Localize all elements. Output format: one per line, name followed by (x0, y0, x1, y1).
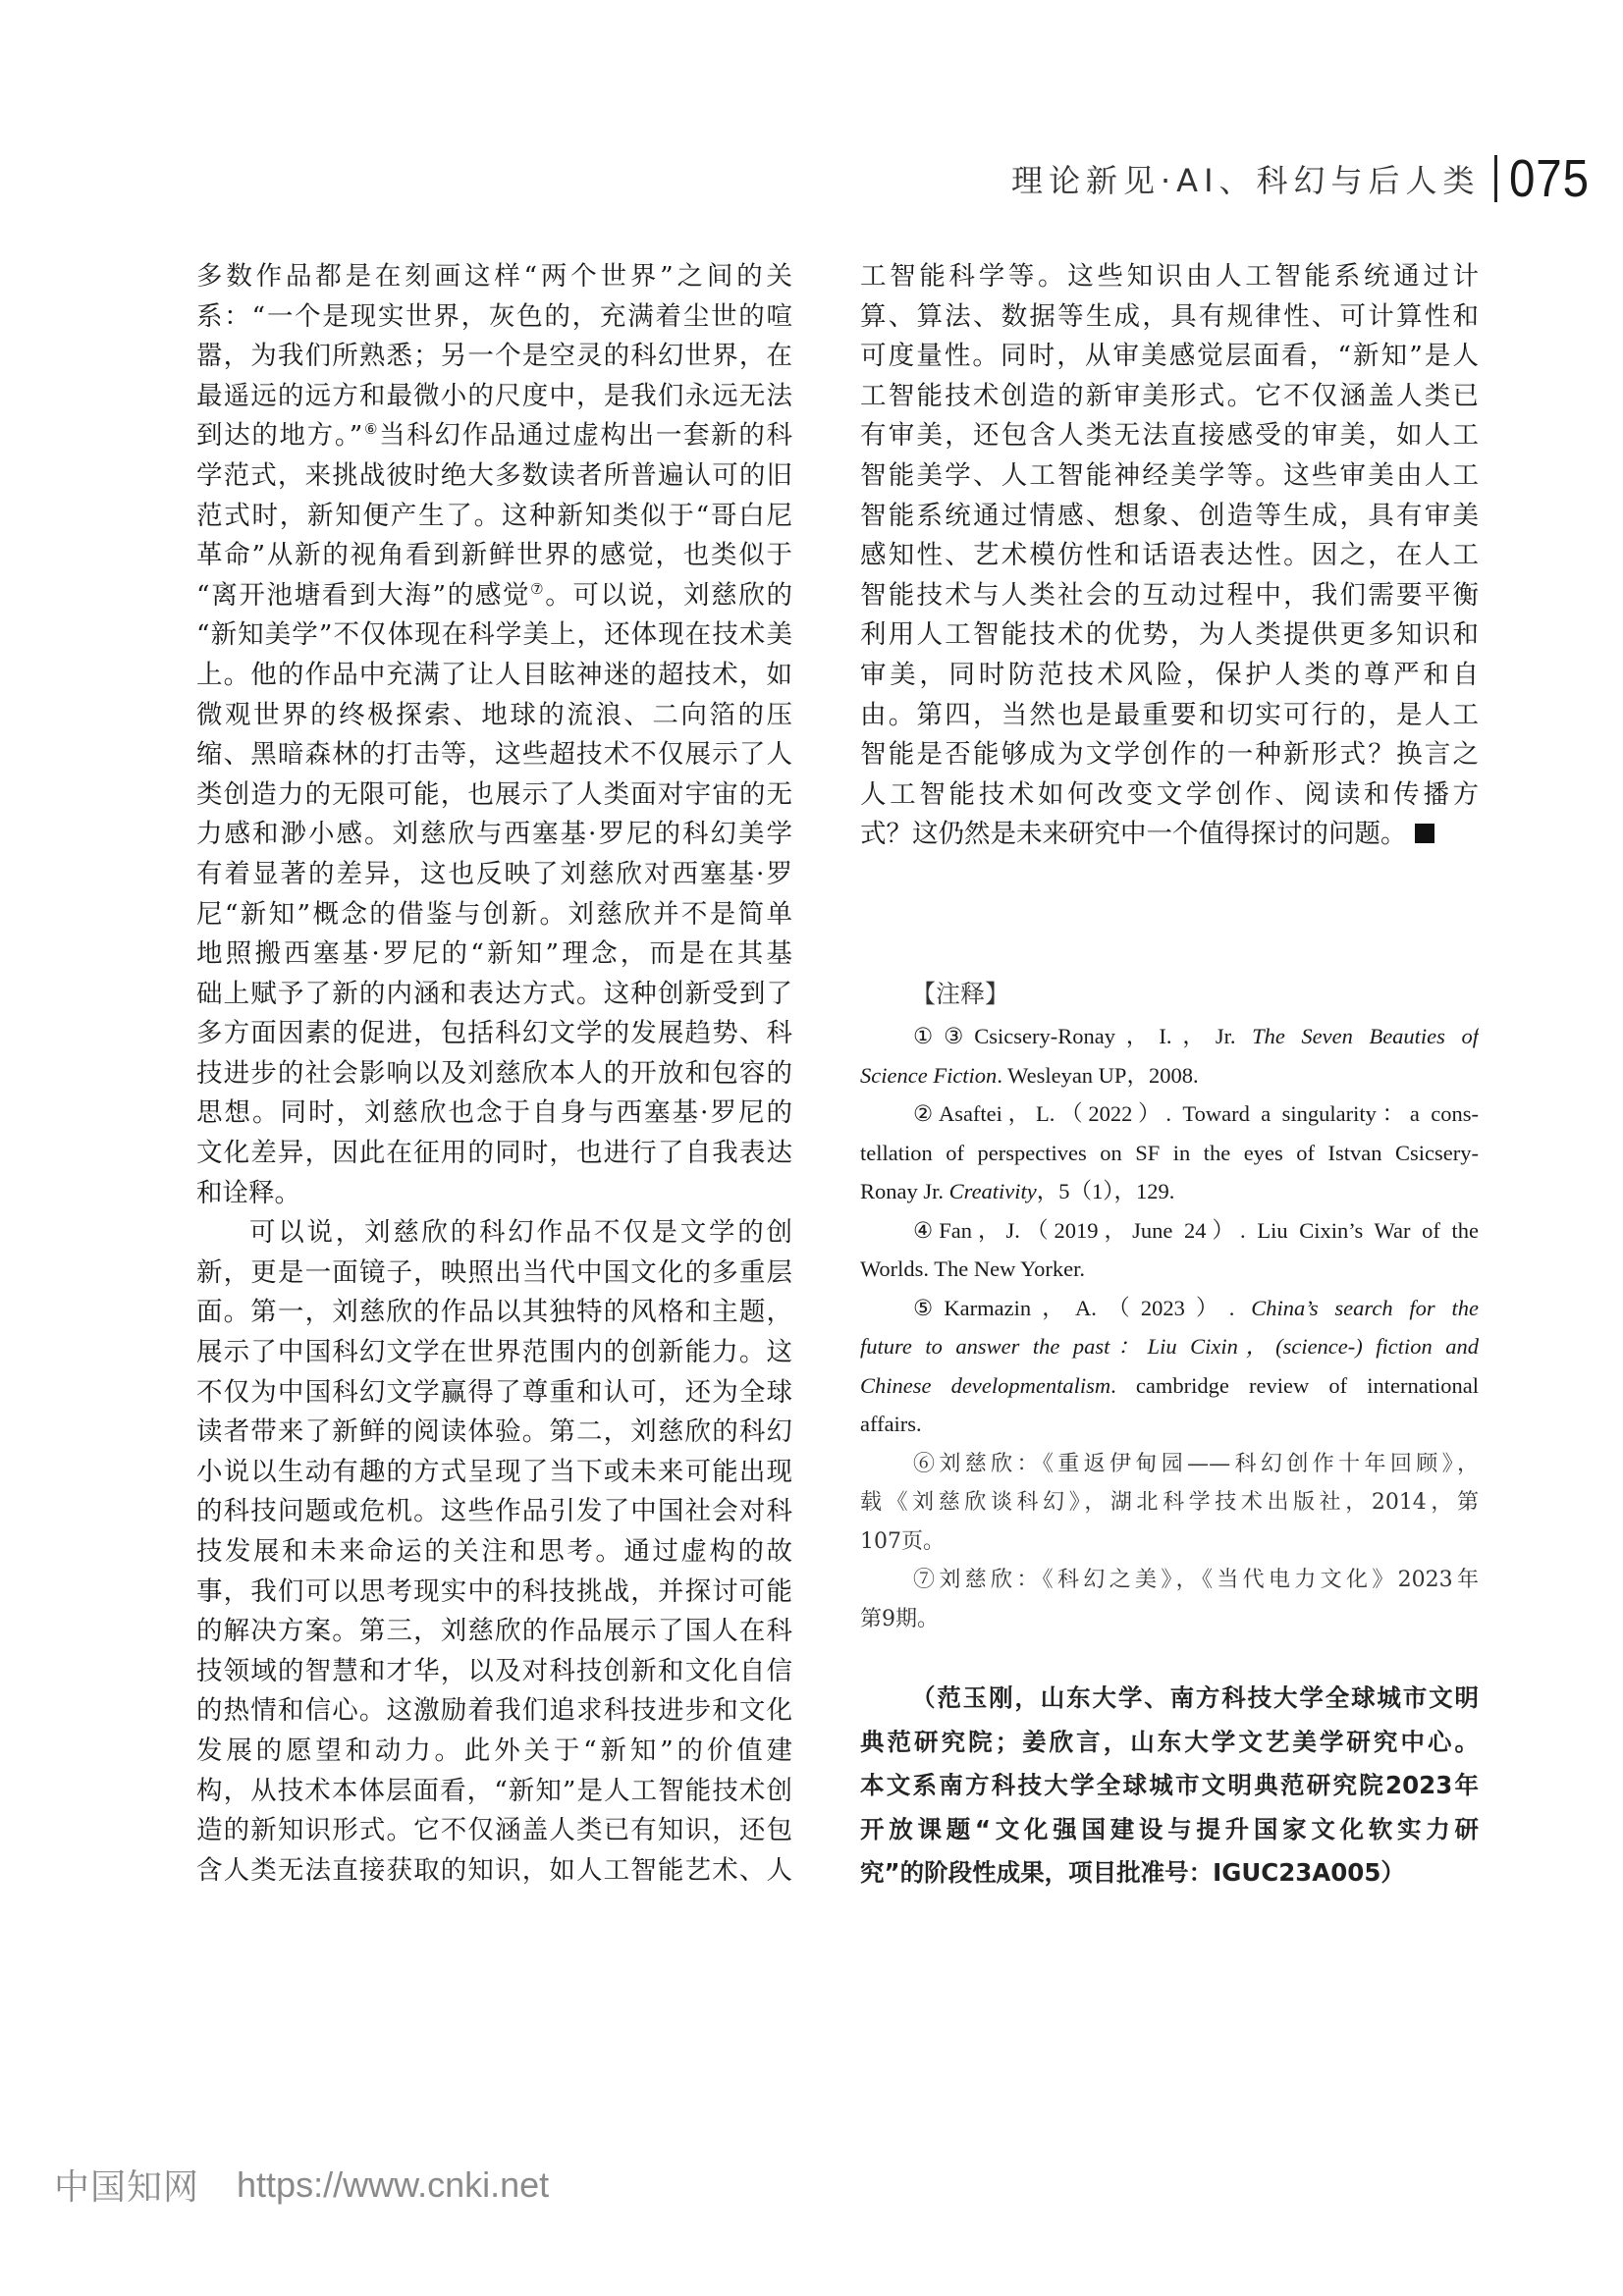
line-text: 感知性、艺术模仿性和话语表达性。因之，在人工 (860, 540, 1479, 570)
text-line: 人工智能技术如何改变文学创作、阅读和传播方 (860, 775, 1479, 816)
text-line: 智能美学、人工智能神经美学等。这些审美由人工 (860, 456, 1479, 497)
text-line: “离开池塘看到大海”的感觉⑦。可以说，刘慈欣的 (196, 576, 792, 616)
text-line: 工智能科学等。这些知识由人工智能系统通过计 (860, 257, 1479, 297)
citation-text: . cambridge review of international (1110, 1373, 1479, 1398)
text-line: 智能是否能够成为文学创作的一种新形式？换言之 (860, 735, 1479, 775)
body-column-right: 工智能科学等。这些知识由人工智能系统通过计算、算法、数据等生成，具有规律性、可计… (860, 257, 1479, 855)
line-text: 含人类无法直接获取的知识，如人工智能艺术、人 (196, 1855, 792, 1886)
line-text: 的解决方案。第三，刘慈欣的作品展示了国人在科 (196, 1616, 792, 1646)
text-line: 本文系南方科技大学全球城市文明典范研究院2023年 (860, 1764, 1479, 1808)
line-text: 究”的阶段性成果，项目批准号：IGUC23A005） (860, 1858, 1405, 1887)
citation-title: Science Fiction (860, 1063, 997, 1088)
text-line: 可以说，刘慈欣的科幻作品不仅是文学的创 (196, 1213, 792, 1254)
text-line: 造的新知识形式。它不仅涵盖人类已有知识，还包 (196, 1811, 792, 1851)
line-text: 可度量性。同时，从审美感觉层面看，“新知”是人 (860, 341, 1479, 371)
text-line: 事，我们可以思考现实中的科技挑战，并探讨可能 (196, 1573, 792, 1613)
section-title: 理论新见·AI、科幻与后人类 (1011, 156, 1481, 201)
text-line: 系：“一个是现实世界，灰色的，充满着尘世的喧 (196, 297, 792, 338)
line-text: 最遥远的远方和最微小的尺度中，是我们永远无法 (196, 381, 792, 411)
text-line: 嚣，为我们所熟悉；另一个是空灵的科幻世界，在 (196, 337, 792, 377)
citation-text: tellation of perspectives on SF in the e… (860, 1141, 1479, 1165)
line-text: 当科幻作品通过虚构出一套新的科 (379, 420, 792, 451)
text-line: 开放课题“文化强国建设与提升国家文化软实力研 (860, 1808, 1479, 1852)
line-text: 力感和渺小感。刘慈欣与西塞基·罗尼的科幻美学 (196, 819, 792, 849)
line-text: “离开池塘看到大海”的感觉 (196, 580, 530, 611)
text-line: 究”的阶段性成果，项目批准号：IGUC23A005） (860, 1851, 1479, 1896)
line-text: （范玉刚，山东大学、南方科技大学全球城市文明 (911, 1683, 1479, 1712)
line-text: 本文系南方科技大学全球城市文明典范研究院2023年 (860, 1771, 1479, 1799)
endnote-line: 107页。 (860, 1522, 1479, 1561)
endnote-line: future to answer the past：Liu Cixin，(sci… (860, 1327, 1479, 1366)
text-line: 典范研究院；姜欣言，山东大学文艺美学研究中心。 (860, 1721, 1479, 1765)
text-line: 和诠释。 (196, 1174, 792, 1214)
text-line: 革命”从新的视角看到新鲜世界的感觉，也类似于 (196, 536, 792, 576)
text-line: 微观世界的终极探索、地球的流浪、二向箔的压 (196, 696, 792, 736)
text-line: 技进步的社会影响以及刘慈欣本人的开放和包容的 (196, 1054, 792, 1095)
citation-text: . Wesleyan UP，2008. (997, 1063, 1198, 1088)
citation-title: China’s search for the (1251, 1296, 1479, 1320)
citation-text: 载《刘慈欣谈科幻》，湖北科学技术出版社，2014，第 (860, 1490, 1479, 1515)
line-text: 读者带来了新鲜的阅读体验。第二，刘慈欣的科幻 (196, 1416, 792, 1447)
text-line: 的热情和信心。这激励着我们追求科技进步和文化 (196, 1691, 792, 1732)
endnote-line: ⑤Karmazin，A.（2023）. China’s search for t… (860, 1289, 1479, 1328)
citation-text: ，5（1），129. (1037, 1179, 1175, 1203)
line-text: 嚣，为我们所熟悉；另一个是空灵的科幻世界，在 (196, 341, 792, 371)
text-line: 技领域的智慧和才华，以及对科技创新和文化自信 (196, 1652, 792, 1692)
citation-title: The Seven Beauties of (1252, 1024, 1479, 1048)
endnote-line: 载《刘慈欣谈科幻》，湖北科学技术出版社，2014，第 (860, 1482, 1479, 1522)
endnote-line: ⑥刘慈欣：《重返伊甸园——科幻创作十年回顾》， (860, 1444, 1479, 1483)
line-text: 和诠释。 (196, 1178, 300, 1208)
line-text: 类创造力的无限可能，也展示了人类面对宇宙的无 (196, 779, 792, 810)
endnote-line: tellation of perspectives on SF in the e… (860, 1134, 1479, 1173)
line-text: 开放课题“文化强国建设与提升国家文化软实力研 (860, 1815, 1479, 1843)
text-line: 展示了中国科幻文学在世界范围内的创新能力。这 (196, 1333, 792, 1373)
text-line: 算、算法、数据等生成，具有规律性、可计算性和 (860, 297, 1479, 338)
line-text: 发展的愿望和动力。此外关于“新知”的价值建 (196, 1735, 792, 1766)
line-text: 技进步的社会影响以及刘慈欣本人的开放和包容的 (196, 1058, 792, 1089)
line-text: 到达的地方。” (196, 420, 362, 451)
text-line: 文化差异，因此在征用的同时，也进行了自我表达 (196, 1134, 792, 1174)
citation-text: ④Fan，J.（2019，June 24）. Liu Cixin’s War o… (913, 1218, 1479, 1243)
line-text: 学范式，来挑战彼时绝大多数读者所普遍认可的旧 (196, 460, 792, 491)
footnote-marker[interactable]: ⑦ (530, 580, 545, 598)
line-text: 智能系统通过情感、想象、创造等生成，具有审美 (860, 501, 1479, 531)
line-text: 技发展和未来命运的关注和思考。通过虚构的故 (196, 1536, 792, 1567)
text-line: 构，从技术本体层面看，“新知”是人工智能技术创 (196, 1772, 792, 1812)
end-of-article-square-icon (1415, 824, 1434, 843)
cnki-watermark: 中国知网 https://www.cnki.net (54, 2160, 549, 2210)
line-text: 造的新知识形式。它不仅涵盖人类已有知识，还包 (196, 1815, 792, 1845)
line-text: 不仅为中国科幻文学赢得了尊重和认可，还为全球 (196, 1377, 792, 1408)
line-text: 有审美，还包含人类无法直接感受的审美，如人工 (860, 420, 1479, 451)
endnote-line: ⑦刘慈欣：《科幻之美》，《当代电力文化》2023年 (860, 1560, 1479, 1599)
text-line: 有着显著的差异，这也反映了刘慈欣对西塞基·罗 (196, 855, 792, 895)
line-text: 智能是否能够成为文学创作的一种新形式？换言之 (860, 739, 1479, 770)
text-line: 面。第一，刘慈欣的作品以其独特的风格和主题， (196, 1293, 792, 1333)
text-line: 有审美，还包含人类无法直接感受的审美，如人工 (860, 416, 1479, 456)
endnote-line: Chinese developmentalism. cambridge revi… (860, 1366, 1479, 1406)
text-line: 础上赋予了新的内涵和表达方式。这种创新受到了 (196, 975, 792, 1015)
line-text: 利用人工智能技术的优势，为人类提供更多知识和 (860, 619, 1479, 650)
endnote-line: ④Fan，J.（2019，June 24）. Liu Cixin’s War o… (860, 1211, 1479, 1251)
line-text: 的科技问题或危机。这些作品引发了中国社会对科 (196, 1496, 792, 1526)
text-line: 多方面因素的促进，包括科幻文学的发展趋势、科 (196, 1014, 792, 1054)
endnote-line: ①③Csicsery-Ronay，I.，Jr. The Seven Beauti… (860, 1017, 1479, 1056)
text-line: 技发展和未来命运的关注和思考。通过虚构的故 (196, 1532, 792, 1573)
line-text: 文化差异，因此在征用的同时，也进行了自我表达 (196, 1138, 792, 1168)
text-line: 新，更是一面镜子，映照出当代中国文化的多重层 (196, 1254, 792, 1294)
watermark-url[interactable]: https://www.cnki.net (237, 2164, 549, 2206)
text-line: 不仅为中国科幻文学赢得了尊重和认可，还为全球 (196, 1373, 792, 1414)
text-line: 的科技问题或危机。这些作品引发了中国社会对科 (196, 1492, 792, 1532)
line-text: 有着显著的差异，这也反映了刘慈欣对西塞基·罗 (196, 859, 792, 889)
line-text: 多数作品都是在刻画这样“两个世界”之间的关 (196, 261, 792, 292)
line-text: 智能美学、人工智能神经美学等。这些审美由人工 (860, 460, 1479, 491)
line-text: 革命”从新的视角看到新鲜世界的感觉，也类似于 (196, 540, 792, 570)
text-line: 力感和渺小感。刘慈欣与西塞基·罗尼的科幻美学 (196, 815, 792, 855)
text-line: 由。第四，当然也是最重要和切实可行的，是人工 (860, 696, 1479, 736)
line-text: 系：“一个是现实世界，灰色的，充满着尘世的喧 (196, 301, 792, 332)
text-line: 类创造力的无限可能，也展示了人类面对宇宙的无 (196, 775, 792, 816)
text-line: 范式时，新知便产生了。这种新知类似于“哥白尼 (196, 497, 792, 537)
line-text: 工智能科学等。这些知识由人工智能系统通过计 (860, 261, 1479, 292)
line-text: 典范研究院；姜欣言，山东大学文艺美学研究中心。 (860, 1728, 1479, 1756)
citation-text: ⑥刘慈欣：《重返伊甸园——科幻创作十年回顾》， (913, 1452, 1479, 1476)
running-header: 理论新见·AI、科幻与后人类 075 (1011, 147, 1600, 210)
text-line: 尼“新知”概念的借鉴与创新。刘慈欣并不是简单 (196, 895, 792, 935)
line-text: 工智能技术创造的新审美形式。它不仅涵盖人类已 (860, 381, 1479, 411)
citation-text: affairs. (860, 1412, 922, 1436)
citation-text: ⑦刘慈欣：《科幻之美》，《当代电力文化》2023年 (913, 1568, 1479, 1592)
line-text: 面。第一，刘慈欣的作品以其独特的风格和主题， (196, 1297, 792, 1327)
text-line: 含人类无法直接获取的知识，如人工智能艺术、人 (196, 1851, 792, 1892)
endnotes: 【注释】 ①③Csicsery-Ronay，I.，Jr. The Seven B… (860, 972, 1479, 1637)
line-text: 技领域的智慧和才华，以及对科技创新和文化自信 (196, 1656, 792, 1686)
line-text: 的热情和信心。这激励着我们追求科技进步和文化 (196, 1695, 792, 1726)
line-text: 思想。同时，刘慈欣也念于自身与西塞基·罗尼的 (196, 1097, 792, 1128)
citation-title: Creativity (949, 1179, 1037, 1203)
header-divider (1494, 155, 1497, 202)
line-text: 审美，同时防范技术风险，保护人类的尊严和自 (860, 660, 1479, 690)
endnote-line: Worlds. The New Yorker. (860, 1250, 1479, 1289)
endnote-line: Science Fiction. Wesleyan UP，2008. (860, 1056, 1479, 1095)
line-text: 新，更是一面镜子，映照出当代中国文化的多重层 (196, 1257, 792, 1288)
line-text: 人工智能技术如何改变文学创作、阅读和传播方 (860, 779, 1479, 810)
text-line: 的解决方案。第三，刘慈欣的作品展示了国人在科 (196, 1612, 792, 1652)
line-text: 智能技术与人类社会的互动过程中，我们需要平衡 (860, 580, 1479, 611)
citation-text: Worlds. The New Yorker. (860, 1256, 1085, 1281)
text-line: 审美，同时防范技术风险，保护人类的尊严和自 (860, 656, 1479, 696)
page-number: 075 (1509, 148, 1590, 209)
line-text: 展示了中国科幻文学在世界范围内的创新能力。这 (196, 1337, 792, 1367)
text-line: 到达的地方。”⑥当科幻作品通过虚构出一套新的科 (196, 416, 792, 456)
endnote-line: ②Asaftei，L.（2022）. Toward a singularity：… (860, 1095, 1479, 1134)
endnotes-title: 【注释】 (860, 972, 1479, 1017)
line-text: 构，从技术本体层面看，“新知”是人工智能技术创 (196, 1776, 792, 1806)
citation-text: ②Asaftei，L.（2022）. Toward a singularity：… (913, 1101, 1479, 1126)
text-line: 上。他的作品中充满了让人目眩神迷的超技术，如 (196, 656, 792, 696)
text-line: 读者带来了新鲜的阅读体验。第二，刘慈欣的科幻 (196, 1413, 792, 1453)
text-line: 缩、黑暗森林的打击等，这些超技术不仅展示了人 (196, 735, 792, 775)
line-text: “新知美学”不仅体现在科学美上，还体现在技术美 (196, 619, 792, 650)
text-line: 可度量性。同时，从审美感觉层面看，“新知”是人 (860, 337, 1479, 377)
line-text: 可以说，刘慈欣的科幻作品不仅是文学的创 (249, 1217, 792, 1248)
citation-title: Chinese developmentalism (860, 1373, 1110, 1398)
line-text: 式？这仍然是未来研究中一个值得探讨的问题。 (860, 819, 1407, 849)
text-line: （范玉刚，山东大学、南方科技大学全球城市文明 (860, 1677, 1479, 1721)
footnote-marker[interactable]: ⑥ (362, 420, 379, 438)
endnote-line: 第9期。 (860, 1599, 1479, 1638)
text-line: 感知性、艺术模仿性和话语表达性。因之，在人工 (860, 536, 1479, 576)
text-line: 利用人工智能技术的优势，为人类提供更多知识和 (860, 615, 1479, 656)
citation-text: ⑤Karmazin，A.（2023）. (913, 1296, 1251, 1320)
endnote-line: Ronay Jr. Creativity，5（1），129. (860, 1172, 1479, 1211)
text-line: 最遥远的远方和最微小的尺度中，是我们永远无法 (196, 377, 792, 417)
text-line: 小说以生动有趣的方式呈现了当下或未来可能出现 (196, 1453, 792, 1493)
citation-text: 第9期。 (860, 1607, 939, 1631)
text-line: 学范式，来挑战彼时绝大多数读者所普遍认可的旧 (196, 456, 792, 497)
citation-text: Ronay Jr. (860, 1179, 949, 1203)
line-text: 地照搬西塞基·罗尼的“新知”理念，而是在其基 (196, 938, 792, 969)
line-text: 由。第四，当然也是最重要和切实可行的，是人工 (860, 700, 1479, 730)
text-line: 地照搬西塞基·罗尼的“新知”理念，而是在其基 (196, 934, 792, 975)
text-line: 智能系统通过情感、想象、创造等生成，具有审美 (860, 497, 1479, 537)
line-text: 微观世界的终极探索、地球的流浪、二向箔的压 (196, 700, 792, 730)
line-text: 事，我们可以思考现实中的科技挑战，并探讨可能 (196, 1576, 792, 1607)
text-line: 发展的愿望和动力。此外关于“新知”的价值建 (196, 1732, 792, 1772)
line-text: 上。他的作品中充满了让人目眩神迷的超技术，如 (196, 660, 792, 690)
text-line: 多数作品都是在刻画这样“两个世界”之间的关 (196, 257, 792, 297)
text-line: 智能技术与人类社会的互动过程中，我们需要平衡 (860, 576, 1479, 616)
line-text: 。可以说，刘慈欣的 (545, 580, 792, 611)
citation-text: 107页。 (860, 1529, 945, 1554)
text-line: 式？这仍然是未来研究中一个值得探讨的问题。 (860, 815, 1479, 855)
author-affiliation: （范玉刚，山东大学、南方科技大学全球城市文明典范研究院；姜欣言，山东大学文艺美学… (860, 1677, 1479, 1896)
text-line: 思想。同时，刘慈欣也念于自身与西塞基·罗尼的 (196, 1094, 792, 1134)
citation-text: ①③Csicsery-Ronay，I.，Jr. (913, 1024, 1252, 1048)
citation-title: future to answer the past：Liu Cixin，(sci… (860, 1334, 1479, 1359)
text-line: “新知美学”不仅体现在科学美上，还体现在技术美 (196, 615, 792, 656)
line-text: 缩、黑暗森林的打击等，这些超技术不仅展示了人 (196, 739, 792, 770)
line-text: 础上赋予了新的内涵和表达方式。这种创新受到了 (196, 979, 792, 1009)
line-text: 尼“新知”概念的借鉴与创新。刘慈欣并不是简单 (196, 899, 792, 930)
body-column-left: 多数作品都是在刻画这样“两个世界”之间的关系：“一个是现实世界，灰色的，充满着尘… (196, 257, 792, 1891)
endnote-line: affairs. (860, 1405, 1479, 1444)
line-text: 小说以生动有趣的方式呈现了当下或未来可能出现 (196, 1457, 792, 1487)
line-text: 范式时，新知便产生了。这种新知类似于“哥白尼 (196, 501, 792, 531)
watermark-site-name: 中国知网 (54, 2160, 199, 2210)
line-text: 算、算法、数据等生成，具有规律性、可计算性和 (860, 301, 1479, 332)
line-text: 多方面因素的促进，包括科幻文学的发展趋势、科 (196, 1018, 792, 1048)
text-line: 工智能技术创造的新审美形式。它不仅涵盖人类已 (860, 377, 1479, 417)
